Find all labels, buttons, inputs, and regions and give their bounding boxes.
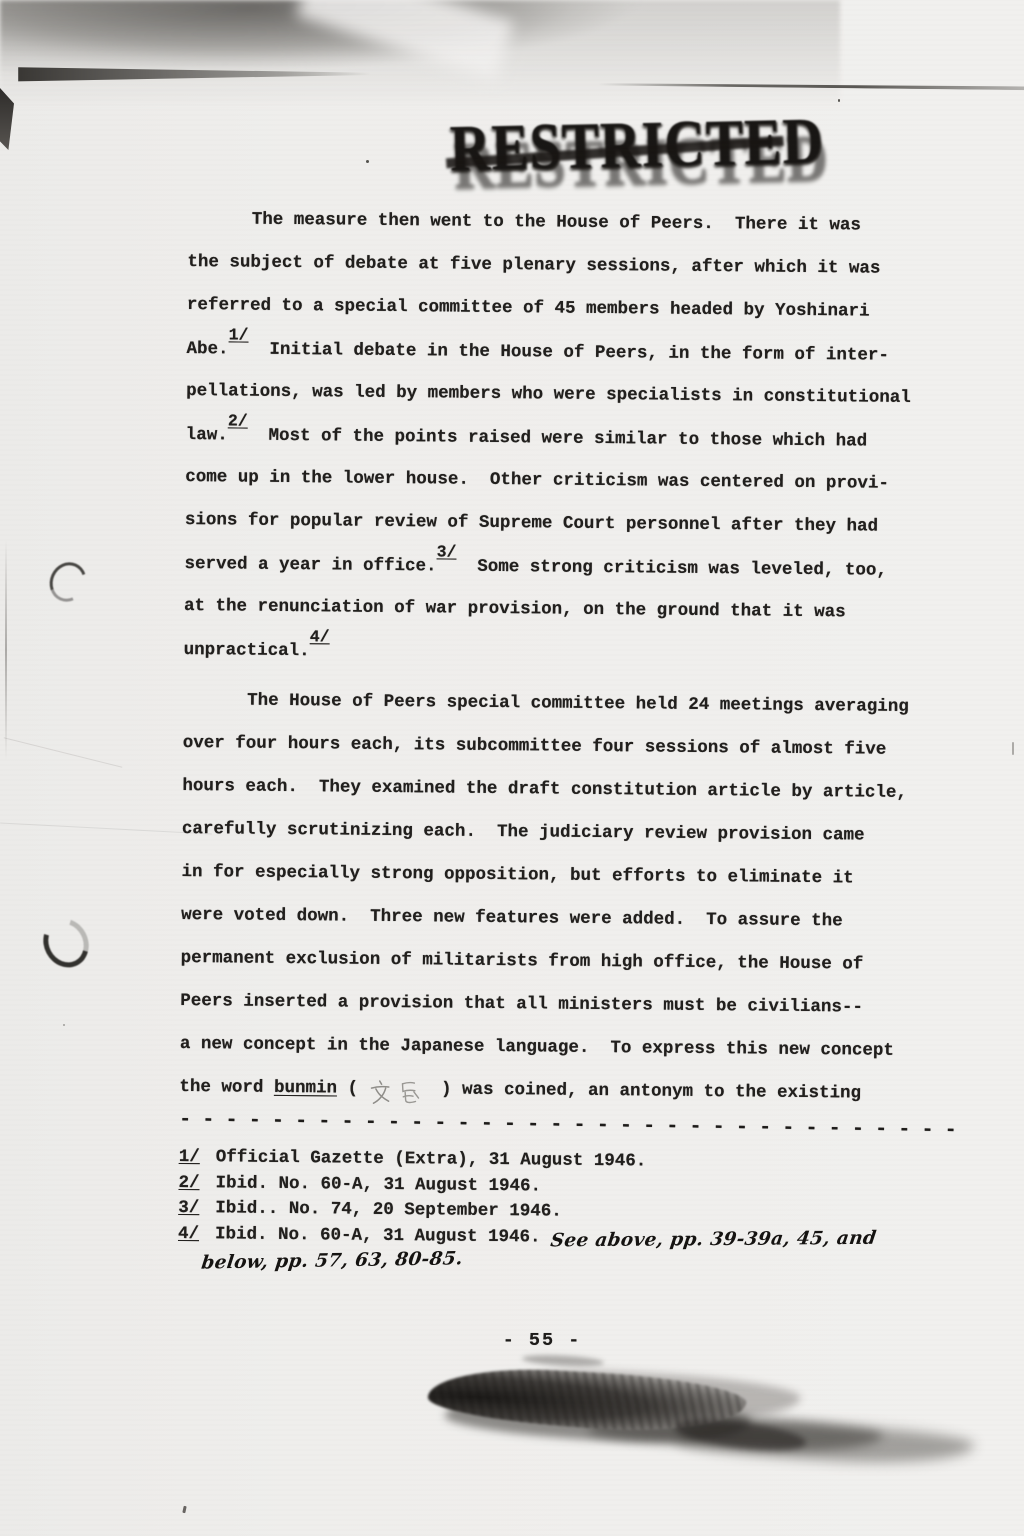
typed-line: Peers inserted a provision that all mini… — [180, 980, 924, 1030]
typed-text: served a year in office. — [184, 554, 436, 576]
typed-line: over four hours each, its subcommittee f… — [183, 722, 927, 772]
handwritten-note-line2: below, pp. 57, 63, 80-85. — [200, 1246, 465, 1276]
typed-text: carefully scrutinizing each. The judicia… — [182, 819, 865, 846]
ink-speck — [1012, 742, 1014, 755]
footnotes: 1/ Official Gazette (Extra), 31 August 1… — [178, 1145, 923, 1280]
typed-line: a new concept in the Japanese language. … — [180, 1023, 924, 1073]
footnote-text: Ibid. No. 60-A, 31 August 1946. — [215, 1171, 541, 1200]
handwritten-note-line1: See above, pp. 39-39a, 45, and — [549, 1225, 878, 1253]
typed-line: referred to a special committee of 45 me… — [187, 284, 931, 334]
typed-text: were voted down. Three new features were… — [181, 905, 843, 931]
typed-line: hours each. They examined the draft cons… — [182, 765, 926, 815]
typed-text: a new concept in the Japanese language. … — [180, 1034, 894, 1061]
typed-line: permanent exclusion of militarists from … — [180, 937, 924, 987]
typed-line: The measure then went to the House of Pe… — [188, 198, 932, 248]
typed-line: pellations, was led by members who were … — [186, 370, 930, 420]
kanji-bunmin-handwritten — [368, 1072, 430, 1116]
typed-line: in for especially strong opposition, but… — [181, 851, 925, 901]
typed-text: permanent exclusion of militarists from … — [181, 948, 864, 975]
ink-speck — [366, 160, 369, 163]
typed-text: The measure then went to the House of Pe… — [252, 210, 861, 236]
typed-line: unpractical.4/ — [183, 628, 927, 678]
typed-text: Some strong criticism was leveled, too, — [456, 557, 887, 581]
footnote-text: Ibid.. No. 74, 20 September 1946. — [215, 1196, 562, 1225]
typed-line: come up in the lower house. Other critic… — [185, 456, 929, 506]
typed-line: sions for popular review of Supreme Cour… — [185, 499, 929, 549]
document-body: The measure then went to the House of Pe… — [179, 198, 932, 1116]
typed-line: at the renunciation of war provision, on… — [184, 585, 928, 635]
typed-text: the subject of debate at five plenary se… — [187, 252, 880, 279]
typed-text: in for especially strong opposition, but… — [181, 862, 853, 888]
typed-text: at the renunciation of war provision, on… — [184, 596, 846, 622]
ink-speck — [182, 1506, 186, 1513]
typed-text: Peers inserted a provision that all mini… — [180, 991, 863, 1018]
typed-text: sions for popular review of Supreme Cour… — [185, 510, 878, 537]
footnote-ref: 1/ — [228, 313, 248, 356]
paragraph: The House of Peers special committee hel… — [179, 679, 927, 1116]
typed-line: law.2/ Most of the points raised were si… — [186, 413, 930, 463]
typed-text: hours each. They examined the draft cons… — [182, 776, 907, 803]
typed-text: Abe. — [186, 339, 228, 359]
typed-text: the word — [179, 1077, 274, 1098]
typed-line: the subject of debate at five plenary se… — [187, 241, 931, 291]
pen-crescent-mark-lower — [35, 911, 97, 976]
typed-text: The House of Peers special committee hel… — [247, 691, 909, 717]
page-number: - 55 - — [30, 1330, 1024, 1351]
typed-text: pellations, was led by members who were … — [186, 381, 911, 408]
typed-text: referred to a special committee of 45 me… — [187, 295, 870, 322]
footnote-marker: 1/ — [179, 1145, 216, 1171]
paragraph: The measure then went to the House of Pe… — [183, 198, 932, 678]
typed-text: come up in the lower house. Other critic… — [185, 467, 889, 494]
ink-speck — [63, 1024, 65, 1026]
typed-text: ) was coined, an antonym to the existing — [430, 1079, 861, 1103]
typed-line: Abe.1/ Initial debate in the House of Pe… — [186, 327, 930, 377]
typed-text: Most of the points raised were similar t… — [247, 426, 867, 452]
footnote-marker: 3/ — [178, 1196, 215, 1222]
typed-text-block: The measure then went to the House of Pe… — [178, 198, 932, 1280]
obliterated-stamp — [427, 1364, 747, 1437]
typed-line: carefully scrutinizing each. The judicia… — [182, 808, 926, 858]
footnote-text: Ibid. No. 60-A, 31 August 1946. — [215, 1222, 541, 1251]
footnote-marker: 2/ — [178, 1170, 215, 1196]
fold-crease-edge — [5, 540, 7, 760]
typed-line: the word bunmin ( ) was coined, an anton… — [179, 1066, 923, 1116]
typed-text: law. — [186, 425, 228, 445]
footnote-ref: 4/ — [310, 615, 330, 658]
typed-text: over four hours each, its subcommittee f… — [183, 733, 887, 760]
ink-speck — [838, 99, 840, 102]
typed-text: unpractical. — [184, 640, 310, 661]
footnote-ref: 2/ — [228, 399, 248, 442]
underlined-word: bunmin — [274, 1078, 337, 1099]
typed-line: served a year in office.3/ Some strong c… — [184, 542, 928, 592]
typed-line: The House of Peers special committee hel… — [183, 679, 927, 729]
footnote-marker: 4/ — [178, 1221, 215, 1247]
pen-crescent-mark-upper — [43, 556, 92, 607]
fold-crease-b — [0, 822, 212, 834]
scanned-page: RESTRICTED RESTRICTED The measure then w… — [0, 0, 1024, 1536]
footnote-ref: 3/ — [436, 530, 456, 573]
fold-crease-a — [4, 737, 123, 767]
typed-text: Initial debate in the House of Peers, in… — [248, 340, 889, 366]
typed-line: were voted down. Three new features were… — [181, 894, 925, 944]
restricted-stamp: RESTRICTED RESTRICTED — [449, 106, 796, 208]
typed-text: ( — [337, 1078, 369, 1098]
